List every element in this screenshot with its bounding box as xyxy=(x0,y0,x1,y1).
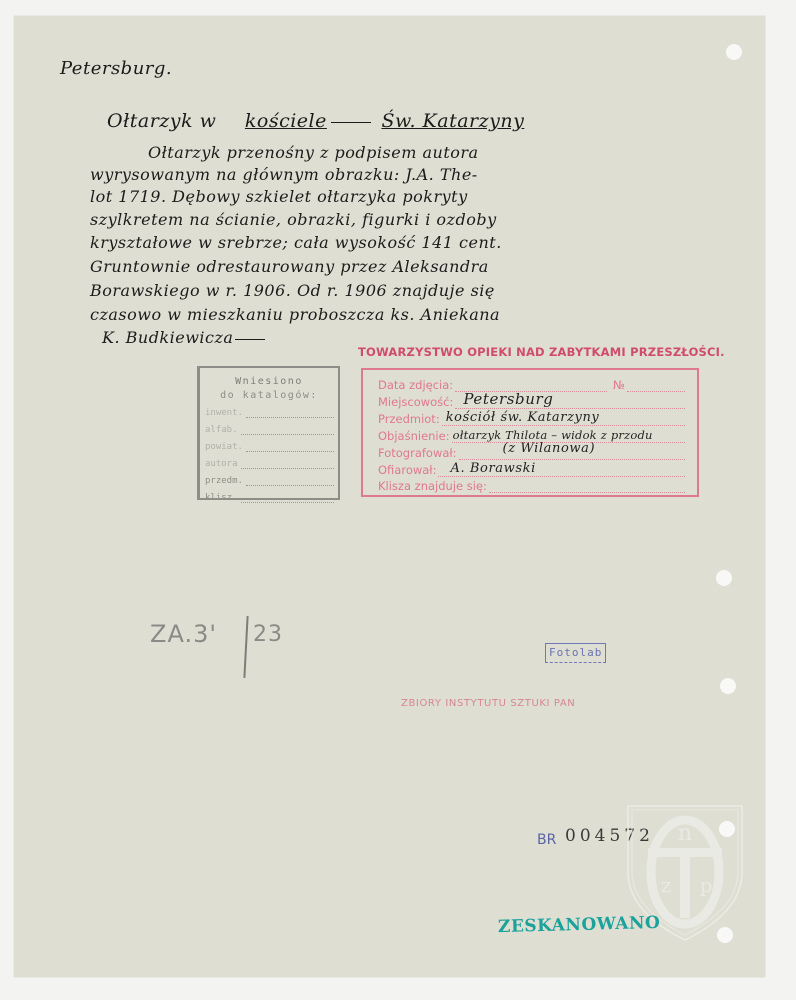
title-part-1: Ołtarzyk w xyxy=(107,110,216,132)
dotted-line xyxy=(246,477,334,486)
catalog-row: autora xyxy=(205,459,334,469)
field-label: Data zdjęcia: xyxy=(378,378,453,392)
stamp-field-place: Miejscowość: Petersburg xyxy=(378,393,685,409)
catalog-row: klisz. xyxy=(205,493,334,503)
collection-stamp: ZBIORY INSTYTUTU SZTUKI PAN xyxy=(401,698,575,709)
field-value: A. Borawski xyxy=(450,461,535,476)
fotolab-stamp: Fotolab xyxy=(545,643,606,663)
field-line: Petersburg xyxy=(455,396,685,409)
inventory-prefix: BR xyxy=(537,832,556,848)
catalog-row-label: autora xyxy=(205,459,238,469)
punch-hole xyxy=(716,570,732,586)
field-value: ołtarzyk Thilota – widok z przodu xyxy=(453,428,653,442)
field-label: Objaśnienie: xyxy=(378,429,450,443)
number-line xyxy=(627,379,685,392)
number-label: № xyxy=(613,378,625,392)
body-line: szylkretem na ścianie, obrazki, figurki … xyxy=(90,210,497,229)
body-line: kryształowe w srebrze; cała wysokość 141… xyxy=(90,233,502,252)
body-line: Gruntownie odrestaurowany przez Aleksand… xyxy=(90,257,489,276)
stamp-field-photographer: Fotografował: (z Wilanowa) xyxy=(378,444,685,460)
stamp-field-donor: Ofiarował: A. Borawski xyxy=(378,461,685,477)
catalog-row-label: przedm. xyxy=(205,476,243,486)
stamp-field-subject: Przedmiot: kościół św. Katarzyny xyxy=(378,410,685,426)
pencil-number: 23 xyxy=(253,622,283,647)
catalog-row: alfab. xyxy=(205,425,334,435)
dotted-line xyxy=(246,409,334,418)
catalog-stamp: Wniesiono do katalogów: inwent. alfab. p… xyxy=(197,366,340,500)
catalog-row-label: powiat. xyxy=(205,442,243,452)
catalog-row-label: alfab. xyxy=(205,425,238,435)
title-dash xyxy=(331,122,371,123)
dotted-line xyxy=(241,494,334,503)
title-part-3: Św. Katarzyny xyxy=(381,110,524,132)
field-label: Miejscowość: xyxy=(378,395,453,409)
place-header: Petersburg. xyxy=(60,58,172,79)
field-line xyxy=(489,480,685,493)
field-label: Klisza znajduje się: xyxy=(378,479,487,493)
body-line: K. Budkiewicza xyxy=(102,328,265,347)
field-line: A. Borawski xyxy=(438,464,685,477)
society-stamp-title: TOWARZYSTWO OPIEKI NAD ZABYTKAMI PRZESZŁ… xyxy=(358,345,725,359)
body-line: czasowo w mieszkaniu proboszcza ks. Anie… xyxy=(90,305,500,324)
field-label: Fotografował: xyxy=(378,446,457,460)
body-line: lot 1719. Dębowy szkielet ołtarzyka pokr… xyxy=(90,187,468,206)
punch-hole xyxy=(720,678,736,694)
field-value: kościół św. Katarzyny xyxy=(446,410,600,425)
catalog-row: przedm. xyxy=(205,476,334,486)
logo-letter-p: p xyxy=(700,873,713,897)
body-line: Borawskiego w r. 1906. Od r. 1906 znajdu… xyxy=(90,281,495,300)
title-part-2: kościele xyxy=(245,110,327,132)
field-line: (z Wilanowa) xyxy=(459,447,685,460)
logo-letter-n: n xyxy=(678,821,692,846)
dotted-line xyxy=(241,460,334,469)
body-line: wyrysowanym na głównym obrazku: J.A. The… xyxy=(90,165,478,184)
signature-dash xyxy=(235,339,265,340)
field-value: Petersburg xyxy=(463,390,553,408)
catalog-row: powiat. xyxy=(205,442,334,452)
logo-letter-z: z xyxy=(661,873,672,897)
field-label: Przedmiot: xyxy=(378,412,440,426)
stamp-field-negative: Klisza znajduje się: xyxy=(378,477,685,493)
field-value: (z Wilanowa) xyxy=(503,441,596,456)
catalog-stamp-subtitle: do katalogów: xyxy=(200,390,338,401)
dotted-line xyxy=(241,426,334,435)
catalog-row-label: inwent. xyxy=(205,408,243,418)
document-title: Ołtarzyk w kościele Św. Katarzyny xyxy=(107,110,524,132)
catalog-row-label: klisz. xyxy=(205,493,238,503)
field-line: kościół św. Katarzyny xyxy=(442,413,685,426)
punch-hole xyxy=(726,44,742,60)
dotted-line xyxy=(246,443,334,452)
scanned-stamp: ZESKANOWANO xyxy=(498,913,661,937)
field-label: Ofiarował: xyxy=(378,463,436,477)
society-stamp: Data zdjęcia: № Miejscowość: Petersburg … xyxy=(361,368,699,497)
body-line: Ołtarzyk przenośny z podpisem autora xyxy=(148,143,479,162)
catalog-stamp-title: Wniesiono xyxy=(200,376,338,387)
body-line-text: K. Budkiewicza xyxy=(102,328,233,347)
catalog-row: inwent. xyxy=(205,408,334,418)
pencil-code: ZA.3' xyxy=(150,620,217,648)
